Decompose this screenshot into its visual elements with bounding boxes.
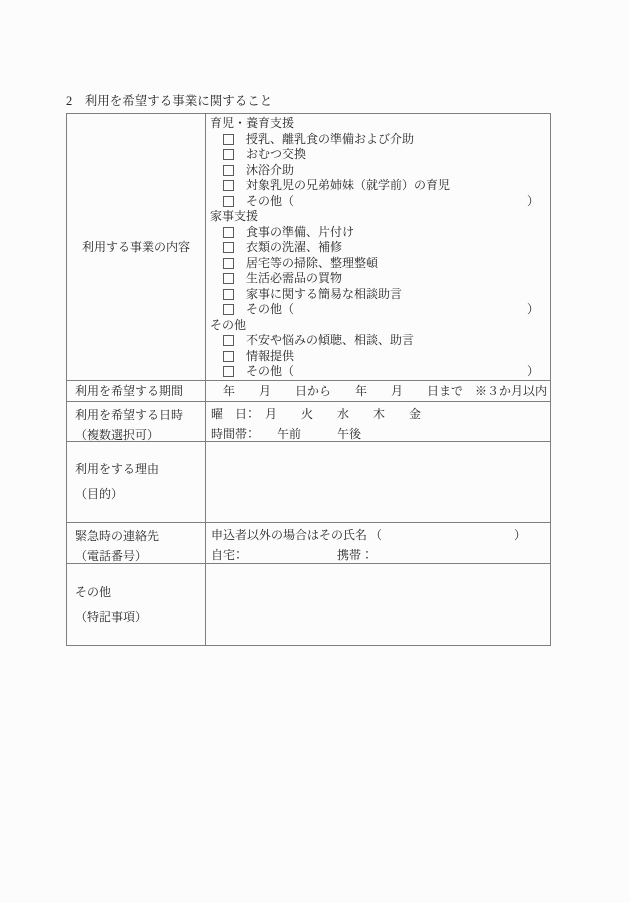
checkbox-icon[interactable] xyxy=(223,134,234,145)
checklist-item: 衣類の洗濯、補修 xyxy=(206,240,550,256)
application-table: 利用する事業の内容 育児・養育支援 授乳、離乳食の準備および介助 おむつ交換 xyxy=(66,113,551,646)
checklist-item-label: 対象乳児の兄弟姉妹（就学前）の育児 xyxy=(246,178,450,194)
checklist-item-label: 生活必需品の買物 xyxy=(246,271,342,287)
other-label: その他（ xyxy=(246,302,294,318)
time-line: 時間帯： 午前 午後 xyxy=(206,424,550,441)
close-paren: ） xyxy=(527,302,550,318)
row-label-cell: その他 （特記事項） xyxy=(67,564,206,645)
section-title: 2 利用を希望する事業に関すること xyxy=(66,94,272,109)
row-label: 利用をする理由 xyxy=(67,457,205,482)
period-value: 年 月 日から 年 月 日まで ※３か月以内 xyxy=(206,381,550,401)
checklist-item-label: おむつ交換 xyxy=(246,147,306,163)
row-label-note: （目的） xyxy=(67,482,205,507)
emergency-name-line: 申込者以外の場合はその氏名 （ ） xyxy=(206,525,550,545)
checklist-item: おむつ交換 xyxy=(206,147,550,163)
row-label: 利用を希望する日時 xyxy=(67,405,205,425)
table-row-datetime: 利用を希望する日時 （複数選択可） 曜 日： 月 火 水 木 金 時間帯： 午前… xyxy=(67,401,550,441)
checklist-item-label: 不安や悩みの傾聴、相談、助言 xyxy=(246,333,414,349)
checklist-item: 不安や悩みの傾聴、相談、助言 xyxy=(206,333,550,349)
close-paren: ） xyxy=(527,364,550,380)
table-row-emergency: 緊急時の連絡先 （電話番号） 申込者以外の場合はその氏名 （ ） 自宅： 携帯： xyxy=(67,522,550,563)
table-row-reason: 利用をする理由 （目的） xyxy=(67,441,550,522)
row-label-cell: 利用を希望する期間 xyxy=(67,381,206,401)
other-label: その他（ xyxy=(246,364,294,380)
checkbox-icon[interactable] xyxy=(223,258,234,269)
checklist-item-other: その他（ ） xyxy=(206,302,550,318)
row-label-cell: 利用を希望する日時 （複数選択可） xyxy=(67,402,206,441)
checklist-item-label: 沐浴介助 xyxy=(246,163,294,179)
checklist-group-heading: その他 xyxy=(206,318,550,334)
checklist-item-label: 情報提供 xyxy=(246,349,294,365)
table-row-notes: その他 （特記事項） xyxy=(67,563,550,645)
close-paren: ） xyxy=(527,194,550,210)
checkbox-icon[interactable] xyxy=(223,180,234,191)
checkbox-icon[interactable] xyxy=(223,366,234,377)
close-paren: ） xyxy=(514,525,550,545)
checklist-group-heading: 家事支援 xyxy=(206,209,550,225)
emergency-value-cell: 申込者以外の場合はその氏名 （ ） 自宅： 携帯： xyxy=(206,523,550,563)
weekday-line: 曜 日： 月 火 水 木 金 xyxy=(206,404,550,424)
row-label: 利用を希望する期間 xyxy=(67,381,205,401)
checklist-item: 授乳、離乳食の準備および介助 xyxy=(206,132,550,148)
checklist-item: 居宅等の掃除、整理整頓 xyxy=(206,256,550,272)
checklist-item-label: 家事に関する簡易な相談助言 xyxy=(246,287,402,303)
emergency-name-label: 申込者以外の場合はその氏名 （ xyxy=(211,525,382,545)
checkbox-icon[interactable] xyxy=(223,149,234,160)
checklist-item-label: 授乳、離乳食の準備および介助 xyxy=(246,132,414,148)
emergency-phone-line: 自宅： 携帯： xyxy=(206,545,550,563)
checkbox-icon[interactable] xyxy=(223,304,234,315)
checklist-item-label: 食事の準備、片付け xyxy=(246,225,354,241)
checkbox-icon[interactable] xyxy=(223,335,234,346)
checklist-item-label: 衣類の洗濯、補修 xyxy=(246,240,342,256)
row-label-cell: 利用をする理由 （目的） xyxy=(67,442,206,522)
row-label-note: （特記事項） xyxy=(67,605,205,630)
checklist-item-other: その他（ ） xyxy=(206,194,550,210)
row-label: 利用する事業の内容 xyxy=(67,239,205,255)
checklist-group-heading: 育児・養育支援 xyxy=(206,116,550,132)
checkbox-icon[interactable] xyxy=(223,242,234,253)
checklist-item: 沐浴介助 xyxy=(206,163,550,179)
row-label-cell: 緊急時の連絡先 （電話番号） xyxy=(67,523,206,563)
checkbox-icon[interactable] xyxy=(223,227,234,238)
checklist-item-label: 居宅等の掃除、整理整頓 xyxy=(246,256,378,272)
checkbox-icon[interactable] xyxy=(223,351,234,362)
checklist-item: 食事の準備、片付け xyxy=(206,225,550,241)
period-value-cell: 年 月 日から 年 月 日まで ※３か月以内 xyxy=(206,381,550,401)
notes-blank-area xyxy=(206,564,550,645)
row-label: その他 xyxy=(67,580,205,605)
services-checklist: 育児・養育支援 授乳、離乳食の準備および介助 おむつ交換 沐浴介助 xyxy=(206,114,550,380)
checklist-item: 家事に関する簡易な相談助言 xyxy=(206,287,550,303)
checkbox-icon[interactable] xyxy=(223,165,234,176)
checkbox-icon[interactable] xyxy=(223,196,234,207)
reason-blank-area xyxy=(206,442,550,522)
checkbox-icon[interactable] xyxy=(223,273,234,284)
table-row-services: 利用する事業の内容 育児・養育支援 授乳、離乳食の準備および介助 おむつ交換 xyxy=(67,114,550,380)
checklist-item: 対象乳児の兄弟姉妹（就学前）の育児 xyxy=(206,178,550,194)
other-label: その他（ xyxy=(246,194,294,210)
row-label-cell: 利用する事業の内容 xyxy=(67,114,206,380)
checklist-item-other: その他（ ） xyxy=(206,364,550,380)
checkbox-icon[interactable] xyxy=(223,289,234,300)
document-page: 2 利用を希望する事業に関すること 利用する事業の内容 育児・養育支援 授乳、離… xyxy=(0,0,630,903)
checklist-item: 情報提供 xyxy=(206,349,550,365)
checklist-item: 生活必需品の買物 xyxy=(206,271,550,287)
table-row-period: 利用を希望する期間 年 月 日から 年 月 日まで ※３か月以内 xyxy=(67,380,550,401)
row-label: 緊急時の連絡先 xyxy=(67,526,205,546)
row-label-note: （電話番号） xyxy=(67,546,205,566)
datetime-value-cell: 曜 日： 月 火 水 木 金 時間帯： 午前 午後 xyxy=(206,402,550,441)
